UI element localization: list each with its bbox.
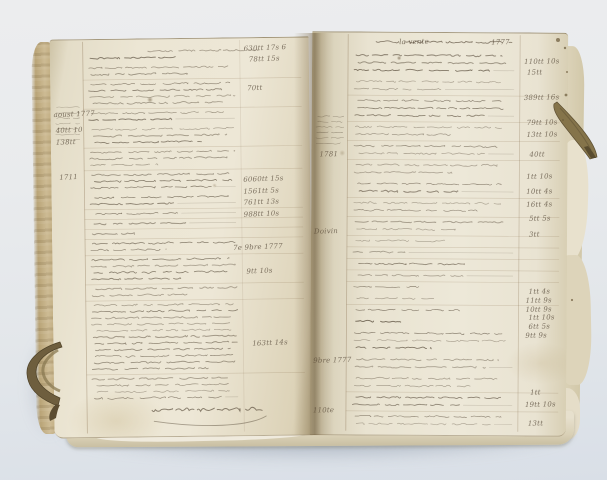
manuscript-fragment: la vente xyxy=(399,39,429,47)
handwriting-ink-layer xyxy=(50,37,314,437)
manuscript-fragment: 19tt 10s xyxy=(525,401,556,409)
ink-text-lines xyxy=(83,49,305,400)
manuscript-fragment: 5tt 5s xyxy=(529,215,551,222)
manuscript-fragment: 79tt 10s xyxy=(527,119,558,127)
manuscript-fragment: 9tt 10s xyxy=(247,267,273,275)
photo-open-ledger: An 18th-century French account ledger ly… xyxy=(0,0,607,480)
manuscript-fragment: 9tt 9s xyxy=(525,332,547,339)
manuscript-fragment: 389tt 16s xyxy=(524,94,560,102)
manuscript-fragment: 110tt 10s xyxy=(524,58,560,66)
manuscript-fragment: 1tt xyxy=(530,390,541,397)
manuscript-fragment: 1tt 4s xyxy=(528,288,550,295)
column-rules xyxy=(346,34,520,431)
manuscript-fragment: 13tt 10s xyxy=(527,131,558,139)
manuscript-fragment: 70tt xyxy=(247,85,263,93)
manuscript-fragment: 15tt xyxy=(527,70,542,77)
manuscript-fragment: 1711 xyxy=(59,174,78,182)
manuscript-fragment: 40tt xyxy=(529,152,544,159)
manuscript-fragment: 10tt 9s xyxy=(525,306,551,314)
signature-flourish xyxy=(152,407,266,426)
ledger-left-page: 630tt 17s 678tt 15s70tt6060tt 15s1561tt … xyxy=(50,36,314,438)
manuscript-fragment: 3tt xyxy=(529,232,540,239)
manuscript-fragment: 40tt 10 xyxy=(56,127,83,135)
manuscript-fragment: 1561tt 5s xyxy=(243,187,279,195)
ledger-right-page: la vente1777110tt 10s15tt389tt 16s79tt 1… xyxy=(310,31,568,437)
manuscript-fragment: 13tt xyxy=(527,420,542,427)
manuscript-fragment: 10tt 4s xyxy=(526,188,552,196)
manuscript-fragment: 11tt 9s xyxy=(526,297,552,305)
binding-gutter-shadow xyxy=(294,33,334,435)
manuscript-fragment: 1777 xyxy=(491,40,510,47)
manuscript-fragment: 1tt 10s xyxy=(528,315,554,323)
manuscript-fragment: 1tt 10s xyxy=(526,173,552,181)
manuscript-fragment: 138tt xyxy=(56,139,76,147)
manuscript-fragment: 6tt 5s xyxy=(528,324,550,331)
manuscript-fragment: 16tt 4s xyxy=(526,201,552,209)
